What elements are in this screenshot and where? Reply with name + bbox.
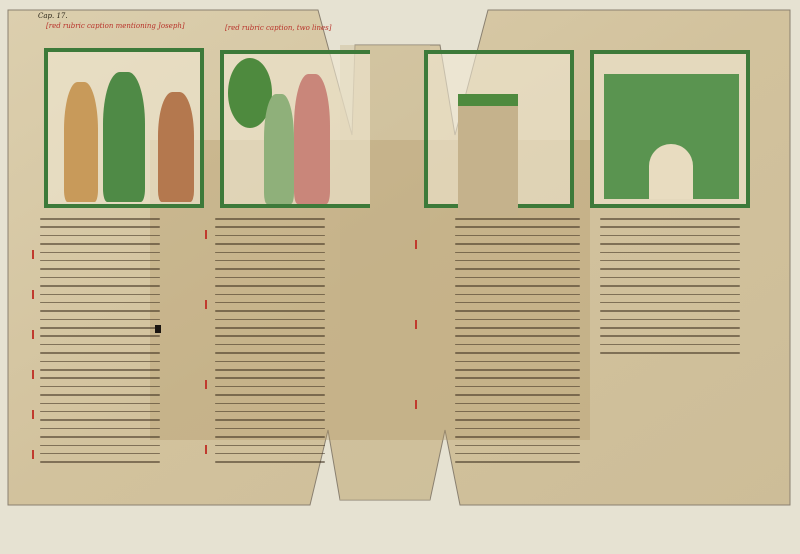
manuscript-sheet: Cap. 17. [red rubric caption mentioning … [0, 0, 800, 554]
figure-man [294, 74, 330, 204]
paragraph-mark [32, 410, 39, 419]
paragraph-mark [205, 300, 212, 309]
paragraph-mark [32, 330, 39, 339]
text-column-1 [40, 218, 160, 470]
castle-gate [649, 144, 693, 199]
paragraph-mark [32, 290, 39, 299]
paragraph-mark [205, 380, 212, 389]
text-column-3 [455, 218, 580, 470]
paragraph-mark [415, 400, 422, 409]
paragraph-mark [205, 445, 212, 454]
paragraph-mark [32, 250, 39, 259]
illustration-panel-3 [424, 50, 574, 208]
paragraph-mark [415, 320, 422, 329]
paragraph-mark [32, 450, 39, 459]
text-column-2 [215, 218, 325, 470]
rubric-heading-2: [red rubric caption, two lines] [225, 24, 332, 32]
figure-bishop [103, 72, 145, 202]
text-column-4 [600, 218, 740, 361]
chapter-label: Cap. 17. [38, 12, 68, 20]
paragraph-mark [205, 230, 212, 239]
figure-joseph [158, 92, 194, 202]
tower-icon [458, 94, 518, 216]
paragraph-mark [32, 370, 39, 379]
paragraph-mark [415, 240, 422, 249]
ink-blot [155, 325, 161, 333]
figure-virgin [64, 82, 98, 202]
illustration-panel-2 [220, 50, 370, 208]
figure-woman [264, 94, 294, 204]
rubric-heading-1: [red rubric caption mentioning Joseph] [46, 22, 185, 30]
illustration-panel-4 [590, 50, 750, 208]
illustration-panel-1 [44, 48, 204, 208]
